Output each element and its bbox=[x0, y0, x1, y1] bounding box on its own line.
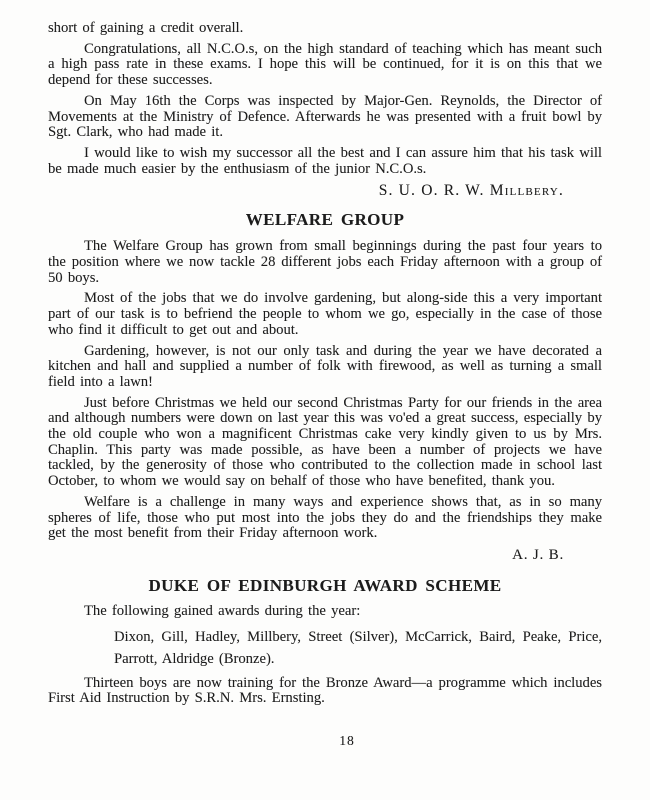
document-page: short of gaining a credit overall. Congr… bbox=[0, 0, 650, 800]
paragraph: I would like to wish my successor all th… bbox=[48, 146, 602, 177]
section-heading-welfare-group: WELFARE GROUP bbox=[48, 210, 602, 230]
page-number: 18 bbox=[92, 733, 602, 749]
award-names-list: Dixon, Gill, Hadley, Millbery, Street (S… bbox=[114, 626, 602, 670]
paragraph-continuation: short of gaining a credit overall. bbox=[48, 21, 602, 37]
paragraph: The following gained awards during the y… bbox=[48, 604, 602, 620]
paragraph: On May 16th the Corps was inspected by M… bbox=[48, 94, 602, 141]
paragraph: Most of the jobs that we do involve gard… bbox=[48, 291, 602, 338]
paragraph: Congratulations, all N.C.O.s, on the hig… bbox=[48, 42, 602, 89]
award-scheme-section: DUKE OF EDINBURGH AWARD SCHEME The follo… bbox=[48, 576, 602, 707]
nco-report-section: short of gaining a credit overall. Congr… bbox=[48, 21, 602, 200]
paragraph: Just before Christmas we held our second… bbox=[48, 396, 602, 490]
section-heading-award-scheme: DUKE OF EDINBURGH AWARD SCHEME bbox=[48, 576, 602, 596]
signature-millbery: S. U. O. R. W. Millbery. bbox=[48, 182, 602, 200]
signature-ajb: A. J. B. bbox=[48, 547, 602, 564]
welfare-group-section: WELFARE GROUP The Welfare Group has grow… bbox=[48, 210, 602, 564]
paragraph: The Welfare Group has grown from small b… bbox=[48, 239, 602, 286]
paragraph: Gardening, however, is not our only task… bbox=[48, 344, 602, 391]
paragraph: Welfare is a challenge in many ways and … bbox=[48, 495, 602, 542]
paragraph: Thirteen boys are now training for the B… bbox=[48, 676, 602, 707]
